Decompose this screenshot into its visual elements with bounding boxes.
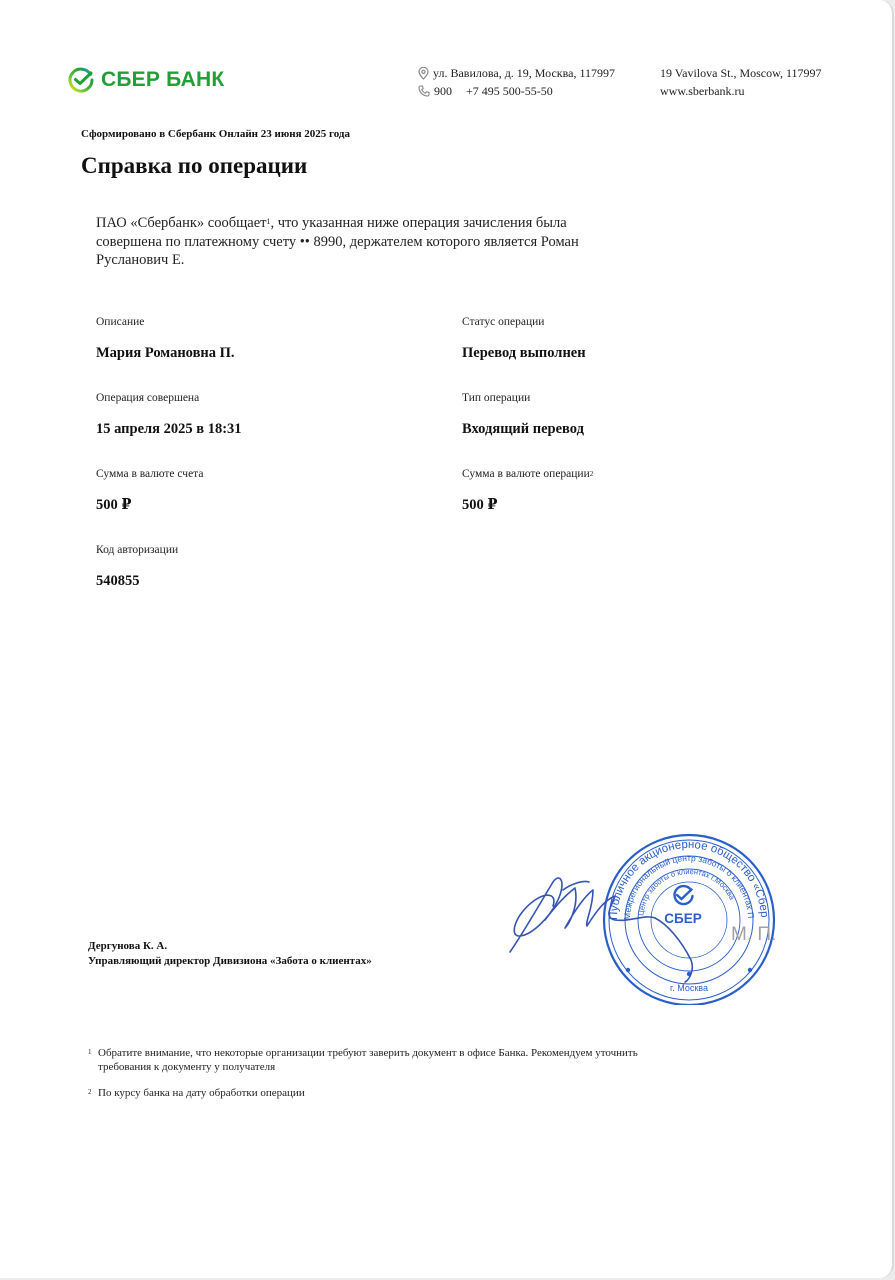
logo-text: СБЕР БАНК — [101, 68, 224, 92]
intro-paragraph: ПАО «Сбербанк» сообщает1, что указанная … — [96, 214, 616, 270]
field-operation-type: Тип операции Входящий перевод — [462, 391, 584, 438]
signature-stamp-area: Публичное акционерное общество «Сбербанк… — [505, 810, 795, 1005]
footnote-ref-2: 2 — [590, 470, 594, 478]
footnote-2: 2 По курсу банка на дату обработки опера… — [88, 1086, 668, 1100]
address-en: 19 Vavilova St., Moscow, 117997 — [660, 64, 822, 82]
field-value: Перевод выполнен — [462, 344, 586, 362]
signer-block: Дергунова К. А. Управляющий директор Див… — [88, 939, 372, 969]
footnote-mark: 1 — [88, 1045, 98, 1073]
field-value: 500 ₽ — [462, 496, 593, 514]
stamp-outer-text: Публичное акционерное общество «Сбербанк… — [505, 810, 770, 920]
footnote-ref-1: 1 — [266, 217, 270, 226]
address-ru: ул. Вавилова, д. 19, Москва, 117997 — [433, 64, 615, 82]
stamp-sber-logo-icon — [675, 886, 693, 904]
footnote-mark: 2 — [88, 1085, 98, 1099]
field-label-text: Сумма в валюте операции — [462, 468, 590, 480]
footnotes: 1 Обратите внимание, что некоторые орган… — [88, 1046, 668, 1112]
stamp-center-text: СБЕР — [664, 911, 701, 926]
field-description: Описание Мария Романовна П. — [96, 315, 235, 362]
signer-position: Управляющий директор Дивизиона «Забота о… — [88, 954, 372, 969]
field-operation-amount: Сумма в валюте операции2 500 ₽ — [462, 467, 593, 514]
sber-logo: СБЕР БАНК — [68, 67, 224, 93]
page-title: Справка по операции — [81, 153, 307, 179]
field-label: Операция совершена — [96, 391, 242, 405]
signature-icon — [510, 878, 692, 982]
phone-icon — [418, 85, 430, 97]
phone-full: +7 495 500-55-50 — [466, 82, 553, 100]
contacts-ru: ул. Вавилова, д. 19, Москва, 117997 900 … — [418, 64, 615, 100]
footnote-text: По курсу банка на дату обработки операци… — [98, 1086, 305, 1100]
location-pin-icon — [418, 67, 429, 80]
field-operation-date: Операция совершена 15 апреля 2025 в 18:3… — [96, 391, 242, 438]
field-value: Мария Романовна П. — [96, 344, 235, 362]
intro-text-part1: ПАО «Сбербанк» сообщает — [96, 215, 266, 231]
field-label: Код авторизации — [96, 543, 178, 557]
field-label: Сумма в валюте счета — [96, 467, 203, 481]
field-status: Статус операции Перевод выполнен — [462, 315, 586, 362]
footnote-text: Обратите внимание, что некоторые организ… — [98, 1046, 668, 1074]
generated-note: Сформировано в Сбербанк Онлайн 23 июня 2… — [81, 128, 350, 140]
footnote-1: 1 Обратите внимание, что некоторые орган… — [88, 1046, 668, 1074]
seal-mark-text: М. П. — [731, 924, 776, 945]
field-value: 15 апреля 2025 в 18:31 — [96, 420, 242, 438]
field-label: Описание — [96, 315, 235, 329]
field-value: 500 ₽ — [96, 496, 203, 514]
contacts-en: 19 Vavilova St., Moscow, 117997 www.sber… — [660, 64, 822, 100]
field-value: 540855 — [96, 572, 178, 590]
field-auth-code: Код авторизации 540855 — [96, 543, 178, 590]
field-label: Сумма в валюте операции2 — [462, 467, 593, 481]
stamp-bottom-text: г. Москва — [670, 983, 708, 993]
field-label: Тип операции — [462, 391, 584, 405]
website-link[interactable]: www.sberbank.ru — [660, 82, 822, 100]
field-account-amount: Сумма в валюте счета 500 ₽ — [96, 467, 203, 514]
field-label: Статус операции — [462, 315, 586, 329]
document-page: СБЕР БАНК ул. Вавилова, д. 19, Москва, 1… — [0, 0, 894, 1278]
field-value: Входящий перевод — [462, 420, 584, 438]
svg-text:Публичное акционерное общество: Публичное акционерное общество «Сбербанк… — [505, 810, 770, 920]
phone-short: 900 — [434, 82, 452, 100]
signer-name: Дергунова К. А. — [88, 939, 372, 954]
sber-logo-icon — [68, 67, 94, 93]
